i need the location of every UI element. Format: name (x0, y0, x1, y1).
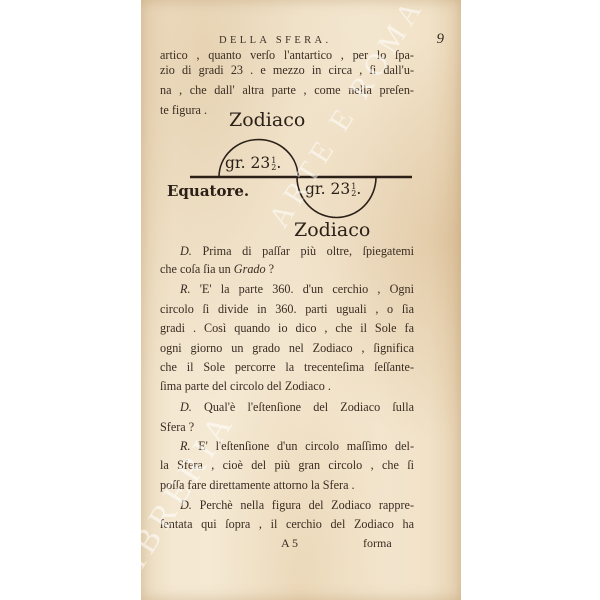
a1-line-6: ſima parte del circolo del Zodiaco . (160, 379, 414, 394)
q3-text-1: Perchè nella figura del Zodiaco rappre- (200, 498, 414, 512)
zodiac-top-label: Zodiaco (229, 109, 305, 131)
q2-marker: D. (180, 400, 192, 414)
a1-line-2: circolo ſi divide in 360. parti uguali ,… (160, 302, 414, 317)
q3-marker: D. (180, 498, 192, 512)
q1-line-1: D. Prima di paſſar più oltre, ſpiegatemi (180, 244, 414, 259)
lower-degree-label: gr. 2312. (305, 180, 361, 198)
upper-degree-label: gr. 2312. (225, 154, 281, 172)
a2-text-1: E' l'eſtenſione d'un circolo maſſimo del… (198, 439, 414, 453)
q1-line-2: che coſa ſia un Grado ? (160, 262, 414, 277)
a2-marker: R. (180, 439, 191, 453)
a1-line-3: gradi . Così quando io dico , che il Sol… (160, 321, 414, 336)
book-page: DELLA SFERA. 9 artico , quanto verſo l'a… (141, 0, 461, 600)
q1-marker: D. (180, 244, 192, 258)
a1-text-1: 'E' la parte 360. d'un cerchio , Ogni (200, 282, 414, 296)
a2-line-1: R. E' l'eſtenſione d'un circolo maſſimo … (180, 439, 414, 454)
q1-text-1: Prima di paſſar più oltre, ſpiegatemi (202, 244, 414, 258)
q3-line-1: D. Perchè nella figura del Zodiaco rappr… (180, 498, 414, 513)
a1-line-4: ogni giorno un grado nel Zodiaco , ſigni… (160, 341, 414, 356)
q1-text-2: che coſa ſia un (160, 262, 231, 276)
a1-marker: R. (180, 282, 191, 296)
lower-degree-text: gr. 23 (305, 180, 350, 198)
q1-italic-term: Grado (234, 262, 266, 276)
a1-line-1: R. 'E' la parte 360. d'un cerchio , Ogni (180, 282, 414, 297)
equator-label: Equatore. (167, 182, 249, 200)
catchword: forma (363, 536, 392, 551)
upper-degree-text: gr. 23 (225, 154, 270, 172)
zodiac-bottom-label: Zodiaco (294, 219, 370, 241)
q2-line-1: D. Qual'è l'eſtenſione del Zodiaco ſulla (180, 400, 414, 415)
a2-line-3: poſſa fare direttamente attorno la Sfera… (160, 478, 414, 493)
signature-mark: A 5 (281, 536, 298, 551)
q1-end: ? (266, 262, 274, 276)
lower-fraction: 12 (351, 183, 356, 197)
upper-fraction: 12 (271, 157, 276, 171)
q2-text-1: Qual'è l'eſtenſione del Zodiaco ſulla (204, 400, 414, 414)
a1-line-5: che il Sole percorre la trecenteſima ſeſ… (160, 360, 414, 375)
q3-line-2: ſentata qui ſopra , il cerchio del Zodia… (160, 517, 414, 532)
a2-line-2: la Sfera , cioè del più gran circolo , c… (160, 458, 414, 473)
q2-line-2: Sfera ? (160, 420, 414, 435)
